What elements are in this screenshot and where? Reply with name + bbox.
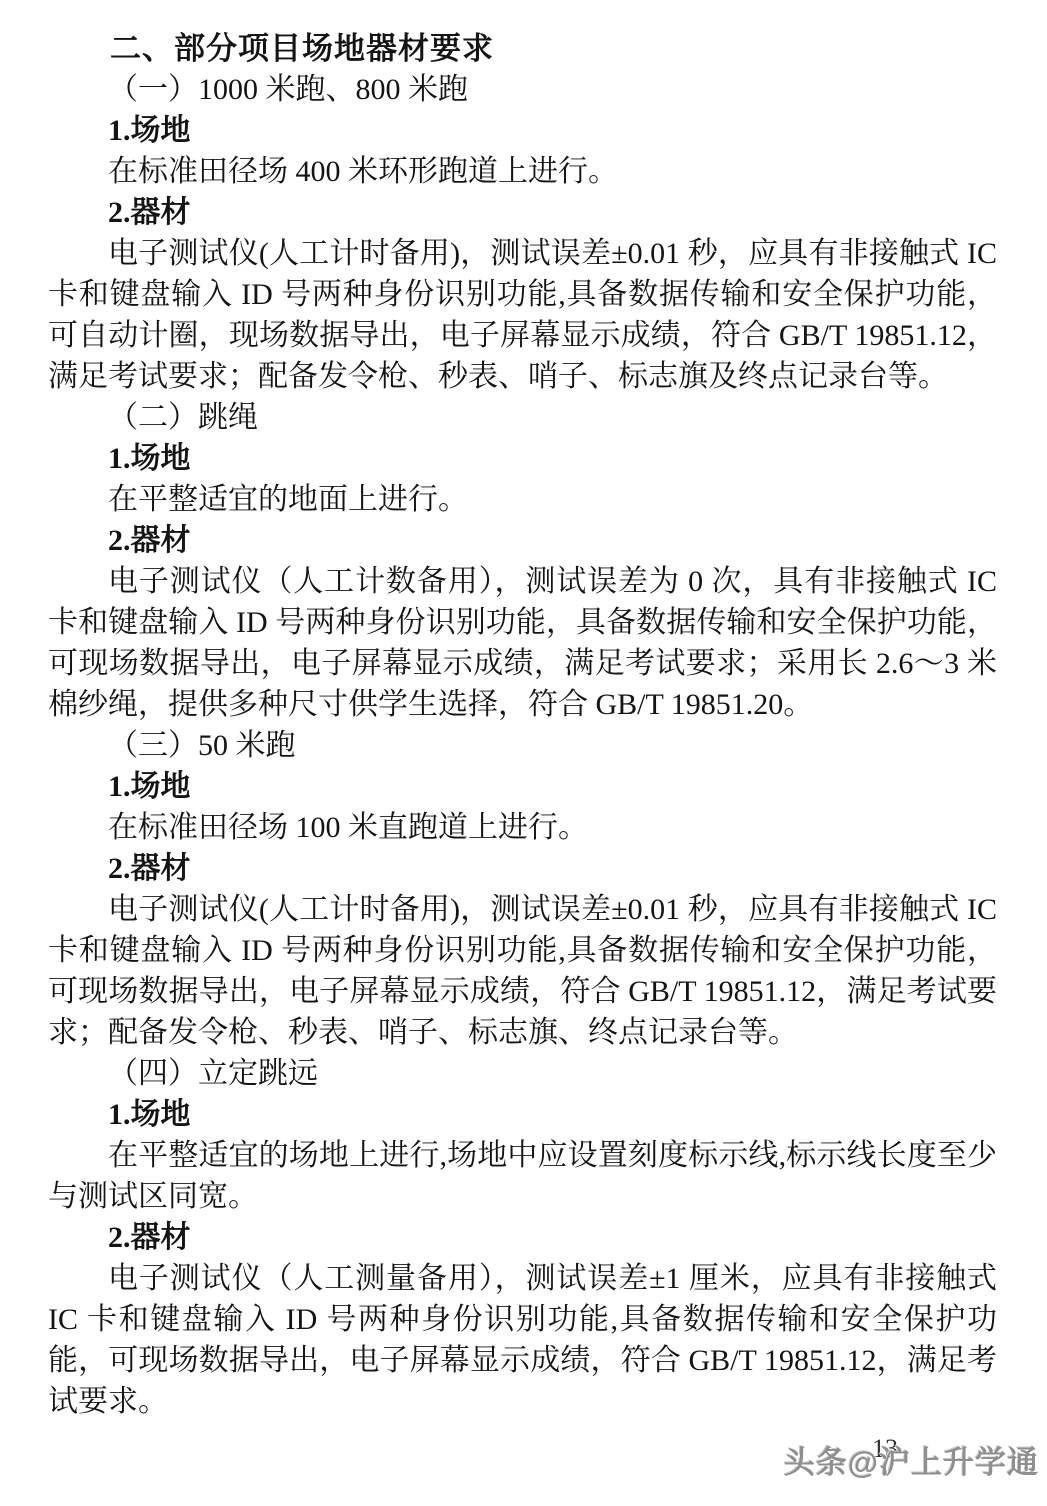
section-standing-long-jump: （四）立定跳远 1.场地 在平整适宜的场地上进行,场地中应设置刻度标示线,标示线…	[48, 1053, 997, 1422]
venue-label: 1.场地	[48, 438, 997, 479]
equipment-label: 2.器材	[48, 192, 997, 233]
venue-label: 1.场地	[48, 1094, 997, 1135]
document-page: 二、部分项目场地器材要求 （一）1000 米跑、800 米跑 1.场地 在标准田…	[0, 0, 1047, 1506]
venue-paragraph: 在标准田径场 400 米环形跑道上进行。	[48, 151, 997, 192]
section-1000m-800m-run: （一）1000 米跑、800 米跑 1.场地 在标准田径场 400 米环形跑道上…	[48, 69, 997, 397]
equipment-label: 2.器材	[48, 848, 997, 889]
section-rope-skipping: （二）跳绳 1.场地 在平整适宜的地面上进行。 2.器材 电子测试仪（人工计数备…	[48, 397, 997, 725]
equipment-label: 2.器材	[48, 1217, 997, 1258]
venue-paragraph: 在平整适宜的场地上进行,场地中应设置刻度标示线,标示线长度至少与测试区同宽。	[48, 1135, 997, 1217]
equipment-paragraph: 电子测试仪（人工计数备用），测试误差为 0 次，具有非接触式 IC 卡和键盘输入…	[48, 561, 997, 725]
equipment-paragraph: 电子测试仪(人工计时备用)，测试误差±0.01 秒，应具有非接触式 IC 卡和键…	[48, 889, 997, 1053]
section-50m-run: （三）50 米跑 1.场地 在标准田径场 100 米直跑道上进行。 2.器材 电…	[48, 725, 997, 1053]
venue-paragraph: 在标准田径场 100 米直跑道上进行。	[48, 807, 997, 848]
section-title: （三）50 米跑	[48, 725, 997, 766]
equipment-paragraph: 电子测试仪（人工测量备用），测试误差±1 厘米，应具有非接触式 IC 卡和键盘输…	[48, 1258, 997, 1422]
equipment-label: 2.器材	[48, 520, 997, 561]
section-title: （四）立定跳远	[48, 1053, 997, 1094]
section-title: （二）跳绳	[48, 397, 997, 438]
venue-paragraph: 在平整适宜的地面上进行。	[48, 479, 997, 520]
document-content: 二、部分项目场地器材要求 （一）1000 米跑、800 米跑 1.场地 在标准田…	[48, 28, 997, 1422]
venue-label: 1.场地	[48, 766, 997, 807]
section-title: （一）1000 米跑、800 米跑	[48, 69, 997, 110]
venue-label: 1.场地	[48, 110, 997, 151]
equipment-paragraph: 电子测试仪(人工计时备用)，测试误差±0.01 秒，应具有非接触式 IC 卡和键…	[48, 233, 997, 397]
main-heading: 二、部分项目场地器材要求	[48, 28, 997, 69]
watermark: 头条@沪上升学通	[784, 1437, 1039, 1482]
